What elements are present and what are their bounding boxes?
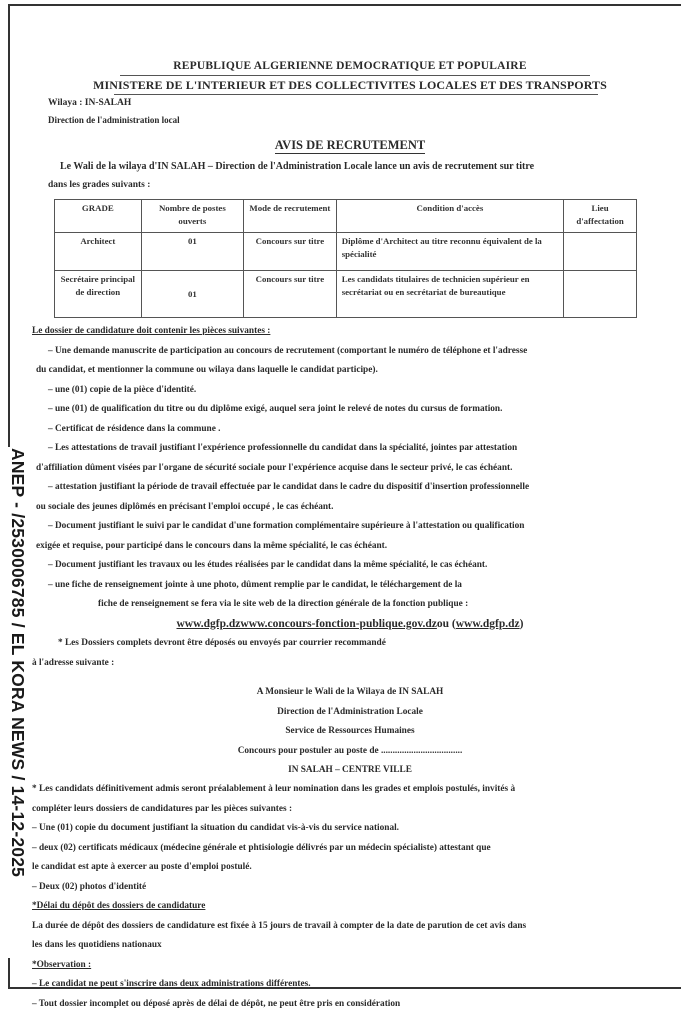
address-line: Concours pour postuler au poste de .....… [30,742,670,762]
page-title: AVIS DE RECRUTEMENT [30,138,670,153]
cell-condition: Diplôme d'Architect au titre reconnu équ… [336,233,563,271]
address-line: A Monsieur le Wali de la Wilaya de IN SA… [30,683,670,703]
cell-postes: 01 [141,233,243,271]
column-header-condition: Condition d'accès [336,200,563,233]
website-separator: ou ( [437,615,456,635]
direction-label: Direction de l'administration local [48,115,180,125]
intro-line-2: dans les grades suivants : [48,180,150,190]
envoi-line-1: * Les Dossiers complets devront être dép… [30,634,670,654]
admis-line-2: compléter leurs dossiers de candidatures… [30,800,670,820]
table-row: Secrétaire principal de direction 01 Con… [55,271,637,318]
website-link-secondary[interactable]: www.dgfp.dz [456,618,520,630]
dossier-item: – Document justifiant les travaux ou les… [30,556,670,576]
observation-item: – Tout dossier incomplet ou déposé après… [30,995,670,1015]
dossier-section: Le dossier de candidature doit contenir … [30,322,670,673]
envoi-line-2: à l'adresse suivante : [30,654,670,674]
mailing-address: A Monsieur le Wali de la Wilaya de IN SA… [30,683,670,781]
dossier-item: – une fiche de renseignement jointe à un… [30,576,670,596]
website-line: www.dgfp.dzwww.concours-fonction-publiqu… [30,615,670,635]
admis-item: – deux (02) certificats médicaux (médeci… [30,839,670,859]
column-header-grade: GRADE [55,200,142,233]
admis-line-1: * Les candidats définitivement admis ser… [30,780,670,800]
dossier-item: – Les attestations de travail justifiant… [30,439,670,459]
website-link-primary[interactable]: www.dgfp.dzwww.concours-fonction-publiqu… [177,618,437,630]
dossier-item: – Document justifiant le suivi par le ca… [30,517,670,537]
dossier-item: du candidat, et mentionner la commune ou… [30,361,670,381]
ministry-underline [114,94,598,95]
intro-line-1: Le Wali de la wilaya d'IN SALAH – Direct… [60,161,534,172]
table-row: Architect 01 Concours sur titre Diplôme … [55,233,637,271]
publication-reference-label: ANEP - /2530006785 / EL KORA NEWS / 14-1… [7,448,29,958]
ministry-header: MINISTERE DE L'INTERIEUR ET DES COLLECTI… [30,78,670,93]
admis-item: le candidat est apte à exercer au poste … [30,858,670,878]
admis-item: – Deux (02) photos d'identité [30,878,670,898]
observation-heading: *Observation : [30,956,670,976]
column-header-mode: Mode de recrutement [244,200,337,233]
cell-lieu [564,271,637,318]
website-close-paren: ) [520,615,524,635]
cell-condition: Les candidats titulaires de technicien s… [336,271,563,318]
column-header-lieu: Lieu d'affectation [564,200,637,233]
recruitment-notice: REPUBLIQUE ALGERIENNE DEMOCRATIQUE ET PO… [30,0,670,980]
column-header-postes: Nombre de postes ouverts [141,200,243,233]
admis-section: * Les candidats définitivement admis ser… [30,780,670,1014]
dossier-item: – une (01) de qualification du titre ou … [30,400,670,420]
dossier-item: d'affiliation dûment visées par l'organe… [30,459,670,479]
cell-grade: Secrétaire principal de direction [55,271,142,318]
table-header-row: GRADE Nombre de postes ouverts Mode de r… [55,200,637,233]
cell-mode: Concours sur titre [244,233,337,271]
dossier-item: – Certificat de résidence dans la commun… [30,420,670,440]
address-line: Service de Ressources Humaines [30,722,670,742]
wilaya-label: Wilaya : IN-SALAH [48,98,131,108]
cell-lieu [564,233,637,271]
frame-border-left-lower [8,958,10,988]
dossier-heading: Le dossier de candidature doit contenir … [30,322,670,342]
cell-postes: 01 [141,271,243,318]
republic-header: REPUBLIQUE ALGERIENNE DEMOCRATIQUE ET PO… [30,60,670,72]
delai-line-2: les dans les quotidiens nationaux [30,936,670,956]
dossier-item: – une (01) copie de la pièce d'identité. [30,381,670,401]
page-title-text: AVIS DE RECRUTEMENT [275,138,426,154]
cell-mode: Concours sur titre [244,271,337,318]
dossier-item: exigée et requise, pour participé dans l… [30,537,670,557]
observation-item: – Le candidat ne peut s'inscrire dans de… [30,975,670,995]
address-line: Direction de l'Administration Locale [30,703,670,723]
grades-table: GRADE Nombre de postes ouverts Mode de r… [54,199,637,318]
dossier-item: fiche de renseignement se fera via le si… [30,595,670,615]
dossier-item: – attestation justifiant la période de t… [30,478,670,498]
address-line: IN SALAH – CENTRE VILLE [30,761,670,781]
cell-grade: Architect [55,233,142,271]
delai-line-1: La durée de dépôt des dossiers de candid… [30,917,670,937]
admis-item: – Une (01) copie du document justifiant … [30,819,670,839]
dossier-item: ou sociale des jeunes diplômés en précis… [30,498,670,518]
header-divider [120,75,590,76]
delai-heading: *Délai du dépôt des dossiers de candidat… [30,897,670,917]
frame-border-left [8,4,10,447]
dossier-item: – Une demande manuscrite de participatio… [30,342,670,362]
